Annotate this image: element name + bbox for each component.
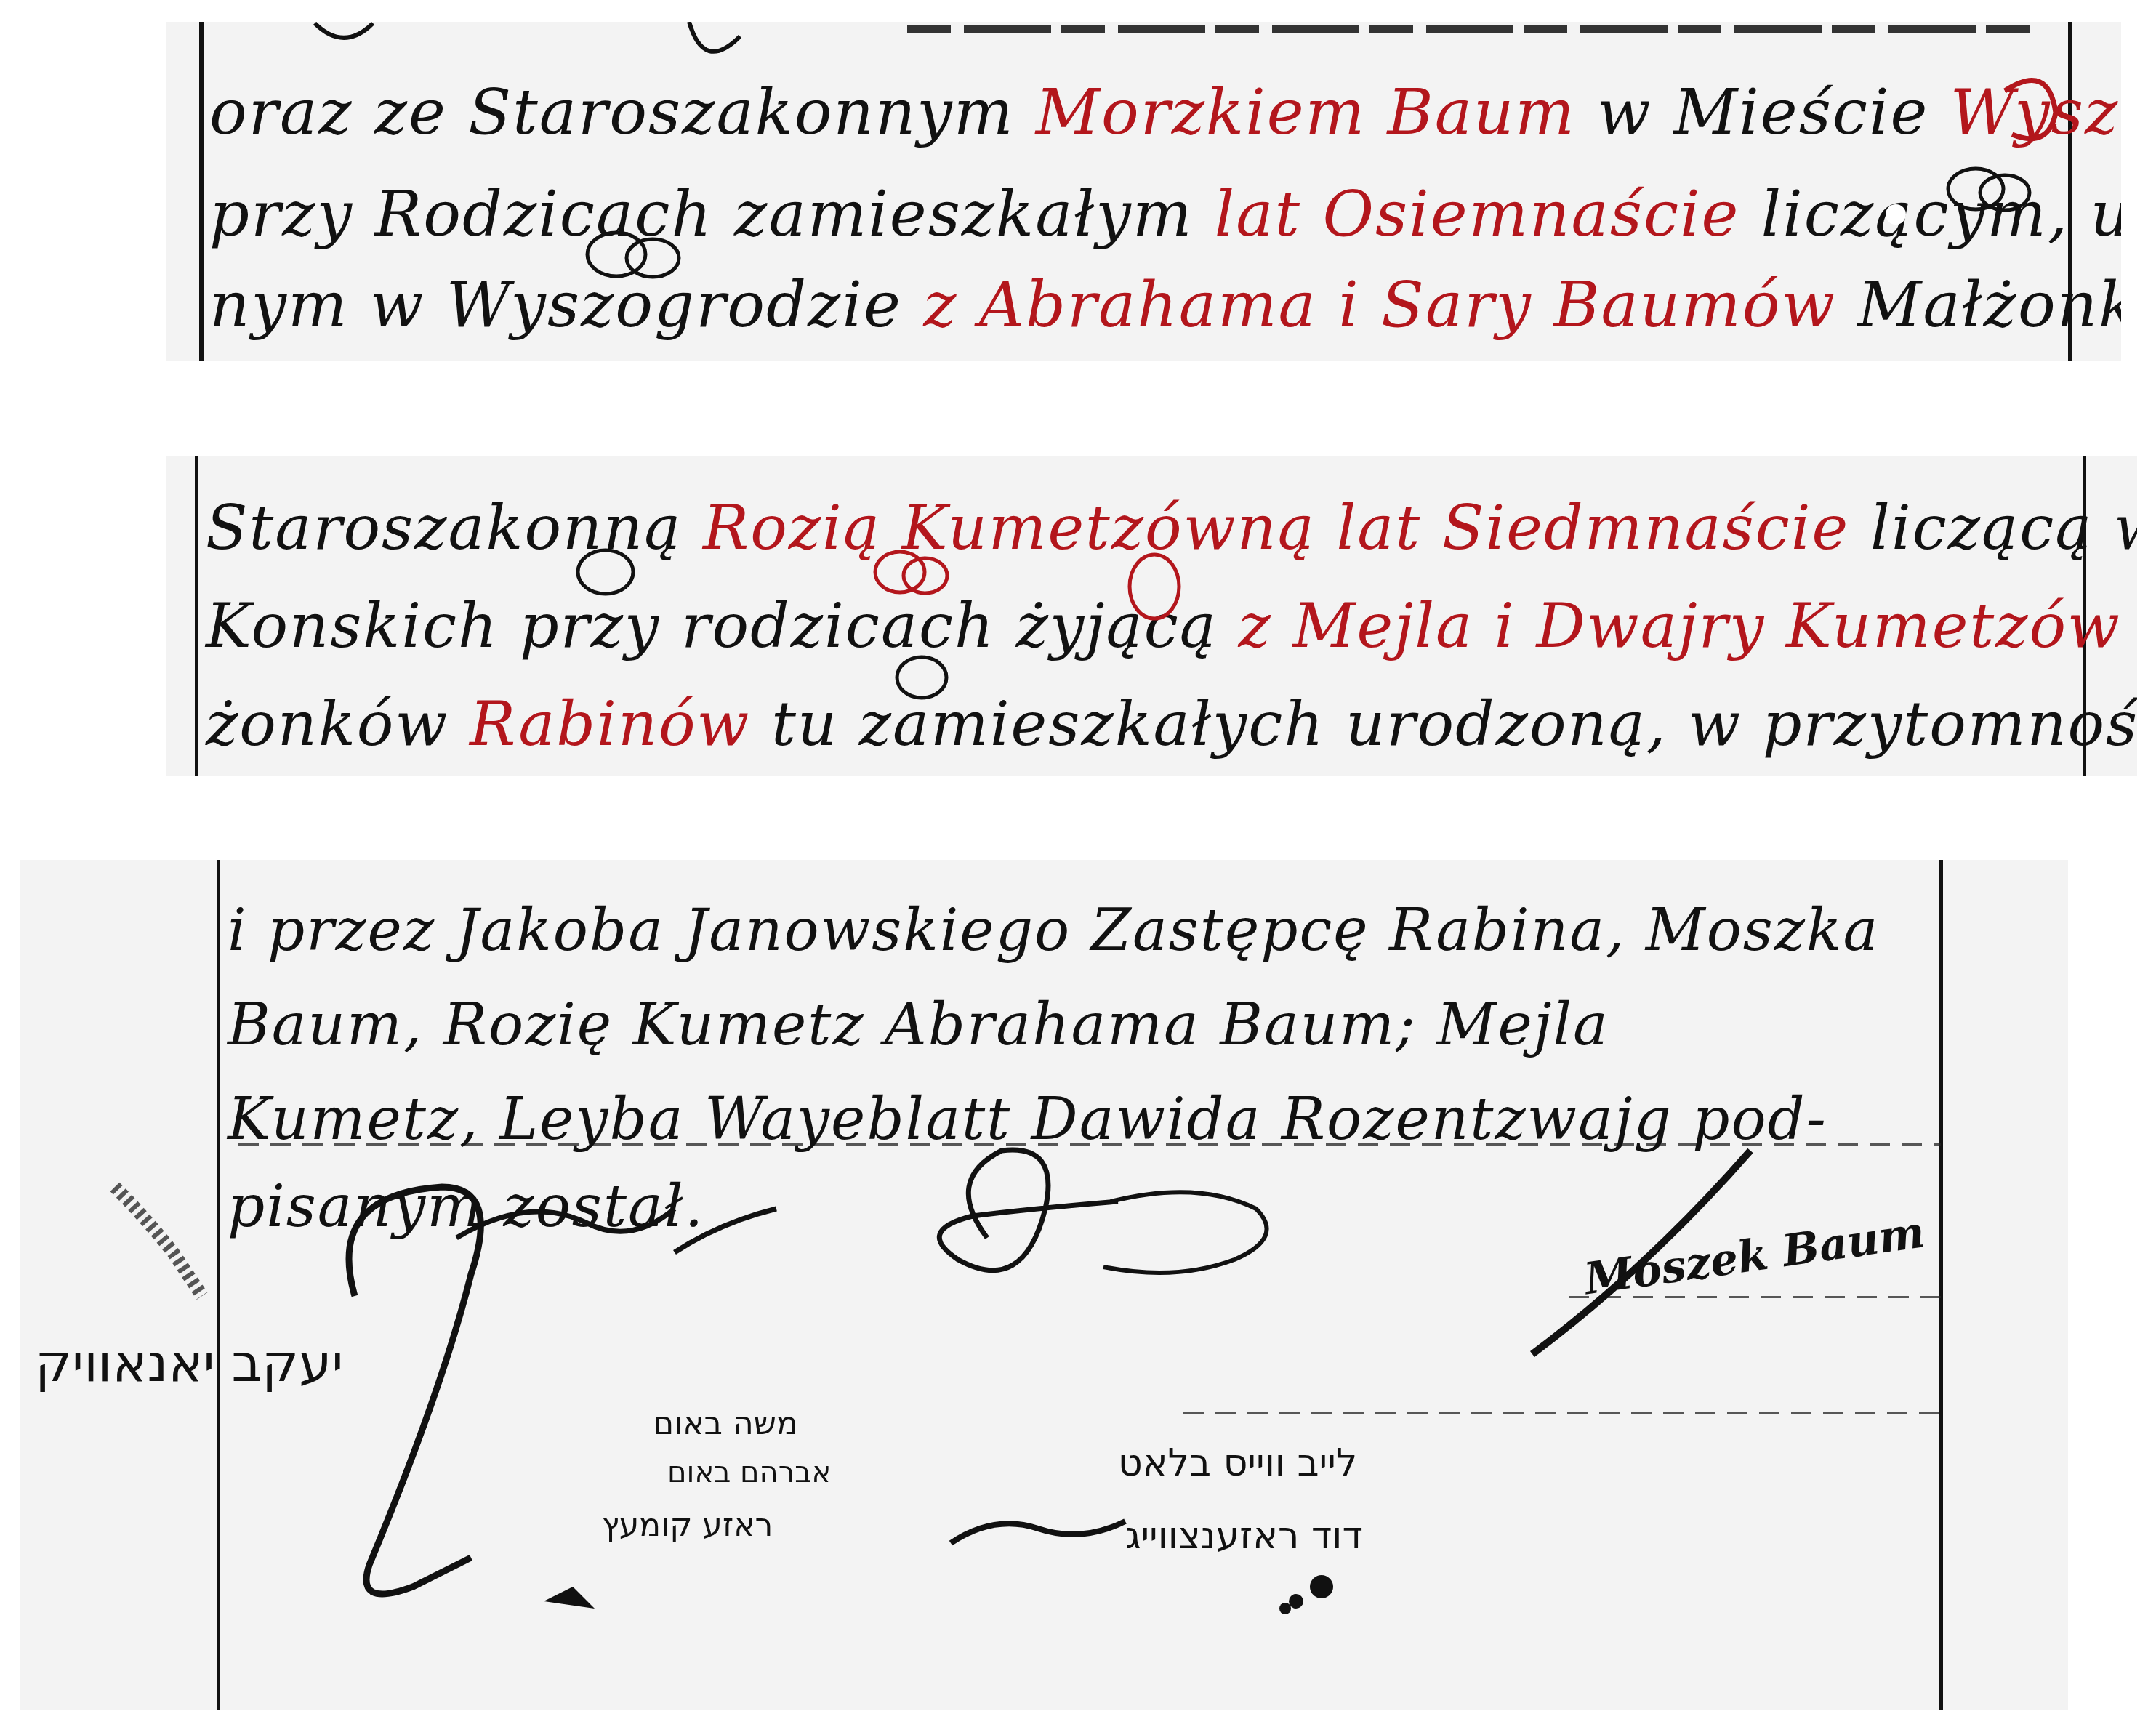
flourish-loops (166, 22, 2121, 361)
signature-flourishes (20, 860, 2068, 1710)
document-panel-2: Staroszakonną Rozią Kumetzówną lat Siedm… (166, 456, 2137, 776)
document-panel-1: oraz ze Staroszakonnym Morzkiem Baum w M… (166, 22, 2121, 361)
document-panel-3: i przez Jakoba Janowskiego Zastępcę Rabi… (20, 860, 2068, 1710)
flourish-loops (166, 456, 2137, 776)
